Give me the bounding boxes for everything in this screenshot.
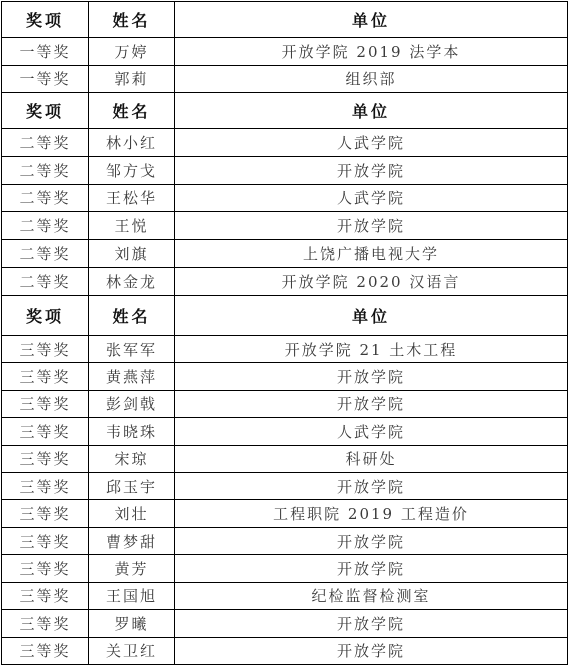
cell-award: 二等奖 (2, 129, 89, 157)
section-header-second-prize: 奖项 姓名 单位 (2, 93, 568, 129)
cell-name: 黄芳 (89, 555, 175, 582)
table-row: 三等奖 彭剑戟 开放学院 (2, 390, 568, 417)
cell-award: 三等奖 (2, 500, 89, 527)
cell-award: 三等奖 (2, 472, 89, 499)
header-unit: 单位 (175, 93, 568, 129)
cell-name: 郭莉 (89, 65, 175, 93)
table-row: 三等奖 刘壮 工程职院 2019 工程造价 (2, 500, 568, 527)
header-name: 姓名 (89, 2, 175, 38)
cell-award: 三等奖 (2, 527, 89, 554)
cell-unit: 上饶广播电视大学 (175, 240, 568, 268)
cell-unit: 工程职院 2019 工程造价 (175, 500, 568, 527)
cell-unit: 开放学院 2019 法学本 (175, 38, 568, 66)
award-list-table: 奖项 姓名 单位 一等奖 万婷 开放学院 2019 法学本 一等奖 郭莉 组织部… (1, 1, 568, 664)
cell-name: 宋琼 (89, 445, 175, 472)
cell-name: 林金龙 (89, 267, 175, 295)
header-award: 奖项 (2, 295, 89, 335)
table-row: 二等奖 邹方戈 开放学院 (2, 156, 568, 184)
header-award: 奖项 (2, 93, 89, 129)
cell-award: 三等奖 (2, 390, 89, 417)
cell-unit: 人武学院 (175, 129, 568, 157)
cell-unit: 开放学院 21 土木工程 (175, 335, 568, 362)
table-row: 三等奖 邱玉宇 开放学院 (2, 472, 568, 499)
cell-unit: 开放学院 (175, 363, 568, 390)
header-name: 姓名 (89, 93, 175, 129)
cell-unit: 人武学院 (175, 418, 568, 445)
table-row: 一等奖 万婷 开放学院 2019 法学本 (2, 38, 568, 66)
cell-award: 二等奖 (2, 267, 89, 295)
table-row: 三等奖 曹梦甜 开放学院 (2, 527, 568, 554)
cell-name: 万婷 (89, 38, 175, 66)
header-name: 姓名 (89, 295, 175, 335)
cell-award: 三等奖 (2, 555, 89, 582)
table-row: 二等奖 林小红 人武学院 (2, 129, 568, 157)
cell-unit: 开放学院 (175, 156, 568, 184)
cell-name: 王松华 (89, 184, 175, 212)
cell-name: 王悦 (89, 212, 175, 240)
header-award: 奖项 (2, 2, 89, 38)
cell-unit: 开放学院 (175, 555, 568, 582)
section-header-first-prize: 奖项 姓名 单位 (2, 2, 568, 38)
cell-name: 曹梦甜 (89, 527, 175, 554)
header-unit: 单位 (175, 2, 568, 38)
cell-name: 韦晓珠 (89, 418, 175, 445)
cell-award: 三等奖 (2, 610, 89, 637)
cell-unit: 开放学院 (175, 390, 568, 417)
cell-name: 邱玉宇 (89, 472, 175, 499)
table-row: 三等奖 罗曦 开放学院 (2, 610, 568, 637)
cell-name: 关卫红 (89, 637, 175, 664)
cell-award: 三等奖 (2, 335, 89, 362)
cell-unit: 开放学院 (175, 610, 568, 637)
table-row: 三等奖 韦晓珠 人武学院 (2, 418, 568, 445)
cell-name: 刘旗 (89, 240, 175, 268)
cell-unit: 开放学院 (175, 637, 568, 664)
table-row: 二等奖 刘旗 上饶广播电视大学 (2, 240, 568, 268)
cell-name: 张军军 (89, 335, 175, 362)
cell-name: 罗曦 (89, 610, 175, 637)
table-row: 三等奖 关卫红 开放学院 (2, 637, 568, 664)
table-row: 二等奖 王悦 开放学院 (2, 212, 568, 240)
cell-unit: 组织部 (175, 65, 568, 93)
cell-name: 王国旭 (89, 582, 175, 609)
cell-name: 邹方戈 (89, 156, 175, 184)
section-header-third-prize: 奖项 姓名 单位 (2, 295, 568, 335)
table-row: 二等奖 林金龙 开放学院 2020 汉语言 (2, 267, 568, 295)
cell-award: 二等奖 (2, 156, 89, 184)
cell-award: 二等奖 (2, 212, 89, 240)
cell-unit: 开放学院 2020 汉语言 (175, 267, 568, 295)
cell-award: 三等奖 (2, 418, 89, 445)
table-row: 三等奖 黄芳 开放学院 (2, 555, 568, 582)
cell-award: 一等奖 (2, 38, 89, 66)
cell-name: 黄燕萍 (89, 363, 175, 390)
table-row: 三等奖 王国旭 纪检监督检测室 (2, 582, 568, 609)
header-unit: 单位 (175, 295, 568, 335)
cell-award: 二等奖 (2, 184, 89, 212)
cell-unit: 纪检监督检测室 (175, 582, 568, 609)
table-row: 三等奖 黄燕萍 开放学院 (2, 363, 568, 390)
cell-name: 林小红 (89, 129, 175, 157)
cell-unit: 科研处 (175, 445, 568, 472)
cell-unit: 开放学院 (175, 527, 568, 554)
cell-award: 三等奖 (2, 363, 89, 390)
table-row: 三等奖 张军军 开放学院 21 土木工程 (2, 335, 568, 362)
table-row: 三等奖 宋琼 科研处 (2, 445, 568, 472)
cell-unit: 开放学院 (175, 212, 568, 240)
table-row: 二等奖 王松华 人武学院 (2, 184, 568, 212)
cell-award: 三等奖 (2, 445, 89, 472)
cell-award: 三等奖 (2, 582, 89, 609)
cell-name: 刘壮 (89, 500, 175, 527)
table-row: 一等奖 郭莉 组织部 (2, 65, 568, 93)
cell-award: 三等奖 (2, 637, 89, 664)
cell-unit: 人武学院 (175, 184, 568, 212)
cell-award: 二等奖 (2, 240, 89, 268)
cell-award: 一等奖 (2, 65, 89, 93)
cell-name: 彭剑戟 (89, 390, 175, 417)
cell-unit: 开放学院 (175, 472, 568, 499)
